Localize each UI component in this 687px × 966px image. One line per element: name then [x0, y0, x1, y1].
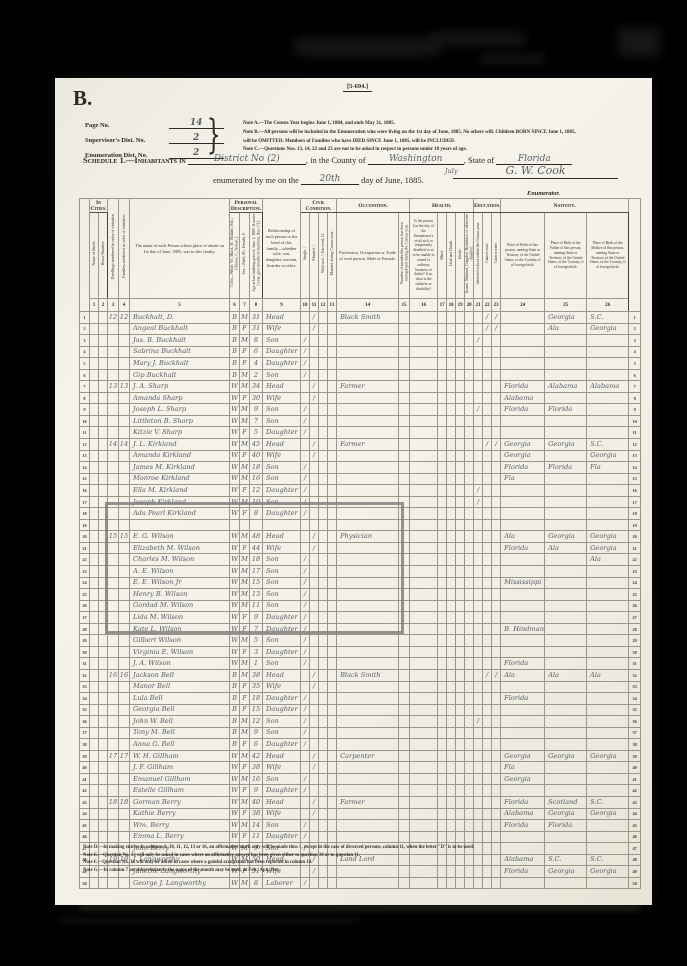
footnote-e: Note E.—Question No. 13 will only be ask…: [83, 852, 628, 860]
col-header-dwellings: Dwellings numbered in order of visitatio…: [108, 199, 119, 299]
table-row: 33Manor BellBF35Wife/33: [80, 681, 641, 693]
col-header-sickness: Is the person [on the day of the Enumera…: [410, 213, 438, 299]
table-row: 37Tony M. BellBM9Son/37: [80, 727, 641, 739]
col-header-families: Families numbered in order of visitation…: [119, 199, 130, 299]
group-health: Health.: [410, 199, 474, 213]
table-row: 25Henry B. WilsonWM13Son/25: [80, 589, 641, 601]
col-header-blind: Blind.: [438, 213, 447, 299]
col-header-color: Color—White, W.; Black, B.; Mulatto, Mu.…: [230, 213, 240, 299]
col-header-single: Single. /: [301, 213, 310, 299]
page-no-label: Page No.: [85, 122, 167, 129]
table-row: 11Kitzie V. SharpWF5Daughter/11: [80, 427, 641, 439]
table-row: 6Gip BuckhaltBM2Son/6: [80, 369, 641, 381]
table-row: 5Mary J. BuckhaltBF4Daughter/5: [80, 358, 641, 370]
footnote-f: Note F.—Question No. 16 will only be ask…: [83, 859, 628, 867]
table-row: 18Ada Pearl KirklandWF8Daughter/18: [80, 508, 641, 520]
scan-artifact: [295, 38, 440, 56]
col-header-relationship: Relationship of each person to the head …: [263, 199, 301, 299]
group-personal-description: Personal Description.: [230, 199, 263, 213]
col-header-sex: Sex—Male, M.; Female, F.: [240, 213, 250, 299]
enumerator-label: Enumerator.: [527, 190, 560, 197]
col-header-birthplace-mother: Place of Birth of the Mother of this per…: [587, 213, 629, 299]
table-row: 28Kate L. WilsonWF7Daughter/B. Hindman28: [80, 623, 641, 635]
table-row: 431818Gorman BerryWM40Head/FarmerFlorida…: [80, 796, 641, 808]
table-row: 201515E. G. WilsonWM48Head/PhysicianAlaG…: [80, 531, 641, 543]
table-row: 44Kathie BerryWF38Wife/AlabamaGeorgiaGeo…: [80, 808, 641, 820]
footnote-g: Note G.—In column 7 an abbreviation in t…: [83, 867, 628, 875]
table-row: 2Angeal BuckhaltBF31Wife///AlaGeorgia2: [80, 323, 641, 335]
table-row: 38Anna G. BellBF6Daughter/38: [80, 739, 641, 751]
county-label: , in the County of: [306, 155, 366, 165]
scan-artifact: [60, 918, 360, 922]
col-header-name: The name of each Person whose place of a…: [130, 199, 230, 299]
table-row: 321616Jackson BellBM38Head/Black Smith//…: [80, 669, 641, 681]
table-row: 71313J. A. SharpWM34Head/FarmerFloridaAl…: [80, 381, 641, 393]
table-row: 22Charles M. WilsonWM18Son/Ala22: [80, 554, 641, 566]
col-header-birthplace-person: Place of Birth of this person, naming St…: [501, 213, 545, 299]
scan-artifact: [618, 28, 660, 56]
enumerated-line: enumerated by me on the 20th day of June…: [213, 174, 424, 185]
note-b: Note B.—All persons will be included in …: [243, 129, 583, 147]
table-row: 27Lida M. WilsonWF9Daughter/27: [80, 612, 641, 624]
table-row: 8Amanda SharpWF30Wife/Alabama8: [80, 392, 641, 404]
form-number: [5-694.]: [343, 83, 372, 92]
col-header-widowed: Widowed. /, Divorced, D.: [319, 213, 328, 299]
col-header-birthplace-father: Place of Birth of the Father of this per…: [545, 213, 587, 299]
col-header-occupation: Profession, Occupation or Trade of each …: [337, 213, 399, 299]
col-header-idiotic: Idiotic.: [456, 213, 465, 299]
col-header-cannot-write: Cannot write.: [492, 213, 501, 299]
col-header-street: Name of Street.: [90, 213, 99, 299]
table-row: 29Gilbert WilsonWM5Son/29: [80, 635, 641, 647]
supervisor-dist-label: Supervisor's Dist. No.: [85, 137, 167, 144]
brace-glyph: }: [207, 112, 221, 158]
table-row: 36John W. BellBM12Son//36: [80, 716, 641, 728]
day-of-label: day of June, 1885.: [361, 175, 424, 185]
table-row: 21Elizabeth M. WilsonWF44Wife/FloridaAla…: [80, 542, 641, 554]
table-row: 45Wm. BerryWM14Son/FloridaFlorida45: [80, 820, 641, 832]
group-in-cities: In Cities.: [90, 199, 108, 213]
table-row: 16Ella M. KirklandWF12Daughter//16: [80, 485, 641, 497]
col-header-age: Age at last birthday prior to June 1, 18…: [250, 213, 263, 299]
census-table: In Cities. Dwellings numbered in order o…: [79, 198, 641, 889]
table-row: 391717W. H. GillhamWM42Head/CarpenterGeo…: [80, 750, 641, 762]
col-header-insane-maimed: Insane. Maimed, Crippled, Bedridden or o…: [465, 213, 474, 299]
enumerated-label: enumerated by me on the: [213, 175, 299, 185]
footnote-d: Note D.—In making entries in columns 9, …: [83, 844, 628, 852]
footnotes: Note D.—In making entries in columns 9, …: [83, 844, 628, 875]
group-education: Education.: [474, 199, 501, 213]
row-number-col-left: [80, 199, 90, 312]
table-row: 13Amanda KirklandWF40Wife/GeorgiaGeorgia…: [80, 450, 641, 462]
schedule-prefix: Schedule 1.—Inhabitants in: [83, 155, 186, 165]
col-header-cannot-read: Cannot read.: [483, 213, 492, 299]
scan-artifact: [480, 54, 545, 64]
table-row: 50George J. LangworthyWM8Laborer/50: [80, 877, 641, 889]
col-header-deaf-dumb: Deaf and Dumb.: [447, 213, 456, 299]
table-row: 11212Buckhalt, D.BM31Head/Black Smith//G…: [80, 312, 641, 324]
table-row: 41Emanuel GillhamWM16Son/Georgia41: [80, 773, 641, 785]
enumerator-signature: G. W. Cook: [453, 164, 618, 179]
col-header-house: House Number.: [99, 213, 108, 299]
page-letter-label: B.: [73, 86, 92, 111]
table-row: 26Gordad M. WilsonWM11Son/26: [80, 600, 641, 612]
table-row: 121414J. L. KirklandWM45Head/Farmer//Geo…: [80, 439, 641, 451]
col-header-married-census-year: Married during Census year.: [328, 213, 337, 299]
table-row: 10Littleton B. SharpWM7Son/10: [80, 415, 641, 427]
table-row: 30Virginia E. WilsonWF3Daughter/30: [80, 646, 641, 658]
table-row: 46Emma L. BerryWF11Daughter/46: [80, 831, 641, 843]
table-row: 15Monroe KirklandWM16Son/Fla15: [80, 473, 641, 485]
table-row: 23A. E. WilsonWM17Son/23: [80, 566, 641, 578]
table-row: 17Joseph KirklandWM10Son//17: [80, 496, 641, 508]
col-header-months-unemployed: Number of months this person has been un…: [399, 213, 410, 299]
census-page: B. [5-694.] Page No. 14 Supervisor's Dis…: [55, 78, 652, 905]
table-row: 31J. A. WilsonWM1Son/Florida31: [80, 658, 641, 670]
table-row: 42Estelle GillhamWF9Daughter/42: [80, 785, 641, 797]
county-value: Washington: [368, 154, 464, 165]
census-table-body: 11212Buckhalt, D.BM31Head/Black Smith//G…: [80, 312, 641, 889]
scan-artifact: [430, 32, 525, 46]
table-row: 14James M. KirklandWM18Son/FloridaFlorid…: [80, 462, 641, 474]
table-row: 3Jas. B. BuckhaltBM8Son//3: [80, 335, 641, 347]
table-row: 9Joseph L. SharpWM9Son//FloridaFlorida9: [80, 404, 641, 416]
table-row: 34Lula BellBF18Daughter/Florida34: [80, 693, 641, 705]
district-value: District No (2): [188, 154, 306, 165]
scan-viewer: { "page_label": "B.", "form_number": "[5…: [0, 0, 687, 966]
group-occupation: Occupation.: [337, 199, 410, 213]
scan-artifact: [80, 905, 640, 911]
table-row: 1919: [80, 519, 641, 531]
column-numbers-row: 12 34 56 78 910 1112 1314 1516 1718 1920…: [80, 299, 641, 312]
form-notes: Note A.—The Census Year begins June 1, 1…: [243, 120, 583, 155]
row-number-col-right: [629, 199, 641, 312]
table-row: 40J. F. GillhamWF38Wife/Fla40: [80, 762, 641, 774]
table-row: 35Georgia BellBF15Daughter/35: [80, 704, 641, 716]
table-row: 24E. E. Wilson JrWM15Son/Mississippi24: [80, 577, 641, 589]
note-a: Note A.—The Census Year begins June 1, 1…: [243, 120, 583, 129]
day-value: 20th: [301, 174, 359, 185]
group-civil-condition: Civil Condition.: [301, 199, 337, 213]
table-row: 4Sabrina BuckhaltBF6Daughter/4: [80, 346, 641, 358]
group-nativity: Nativity.: [501, 199, 629, 213]
col-header-attended-school: Attended school within the Census year.: [474, 213, 483, 299]
table-header: In Cities. Dwellings numbered in order o…: [80, 199, 641, 312]
col-header-married: Married. /: [310, 213, 319, 299]
